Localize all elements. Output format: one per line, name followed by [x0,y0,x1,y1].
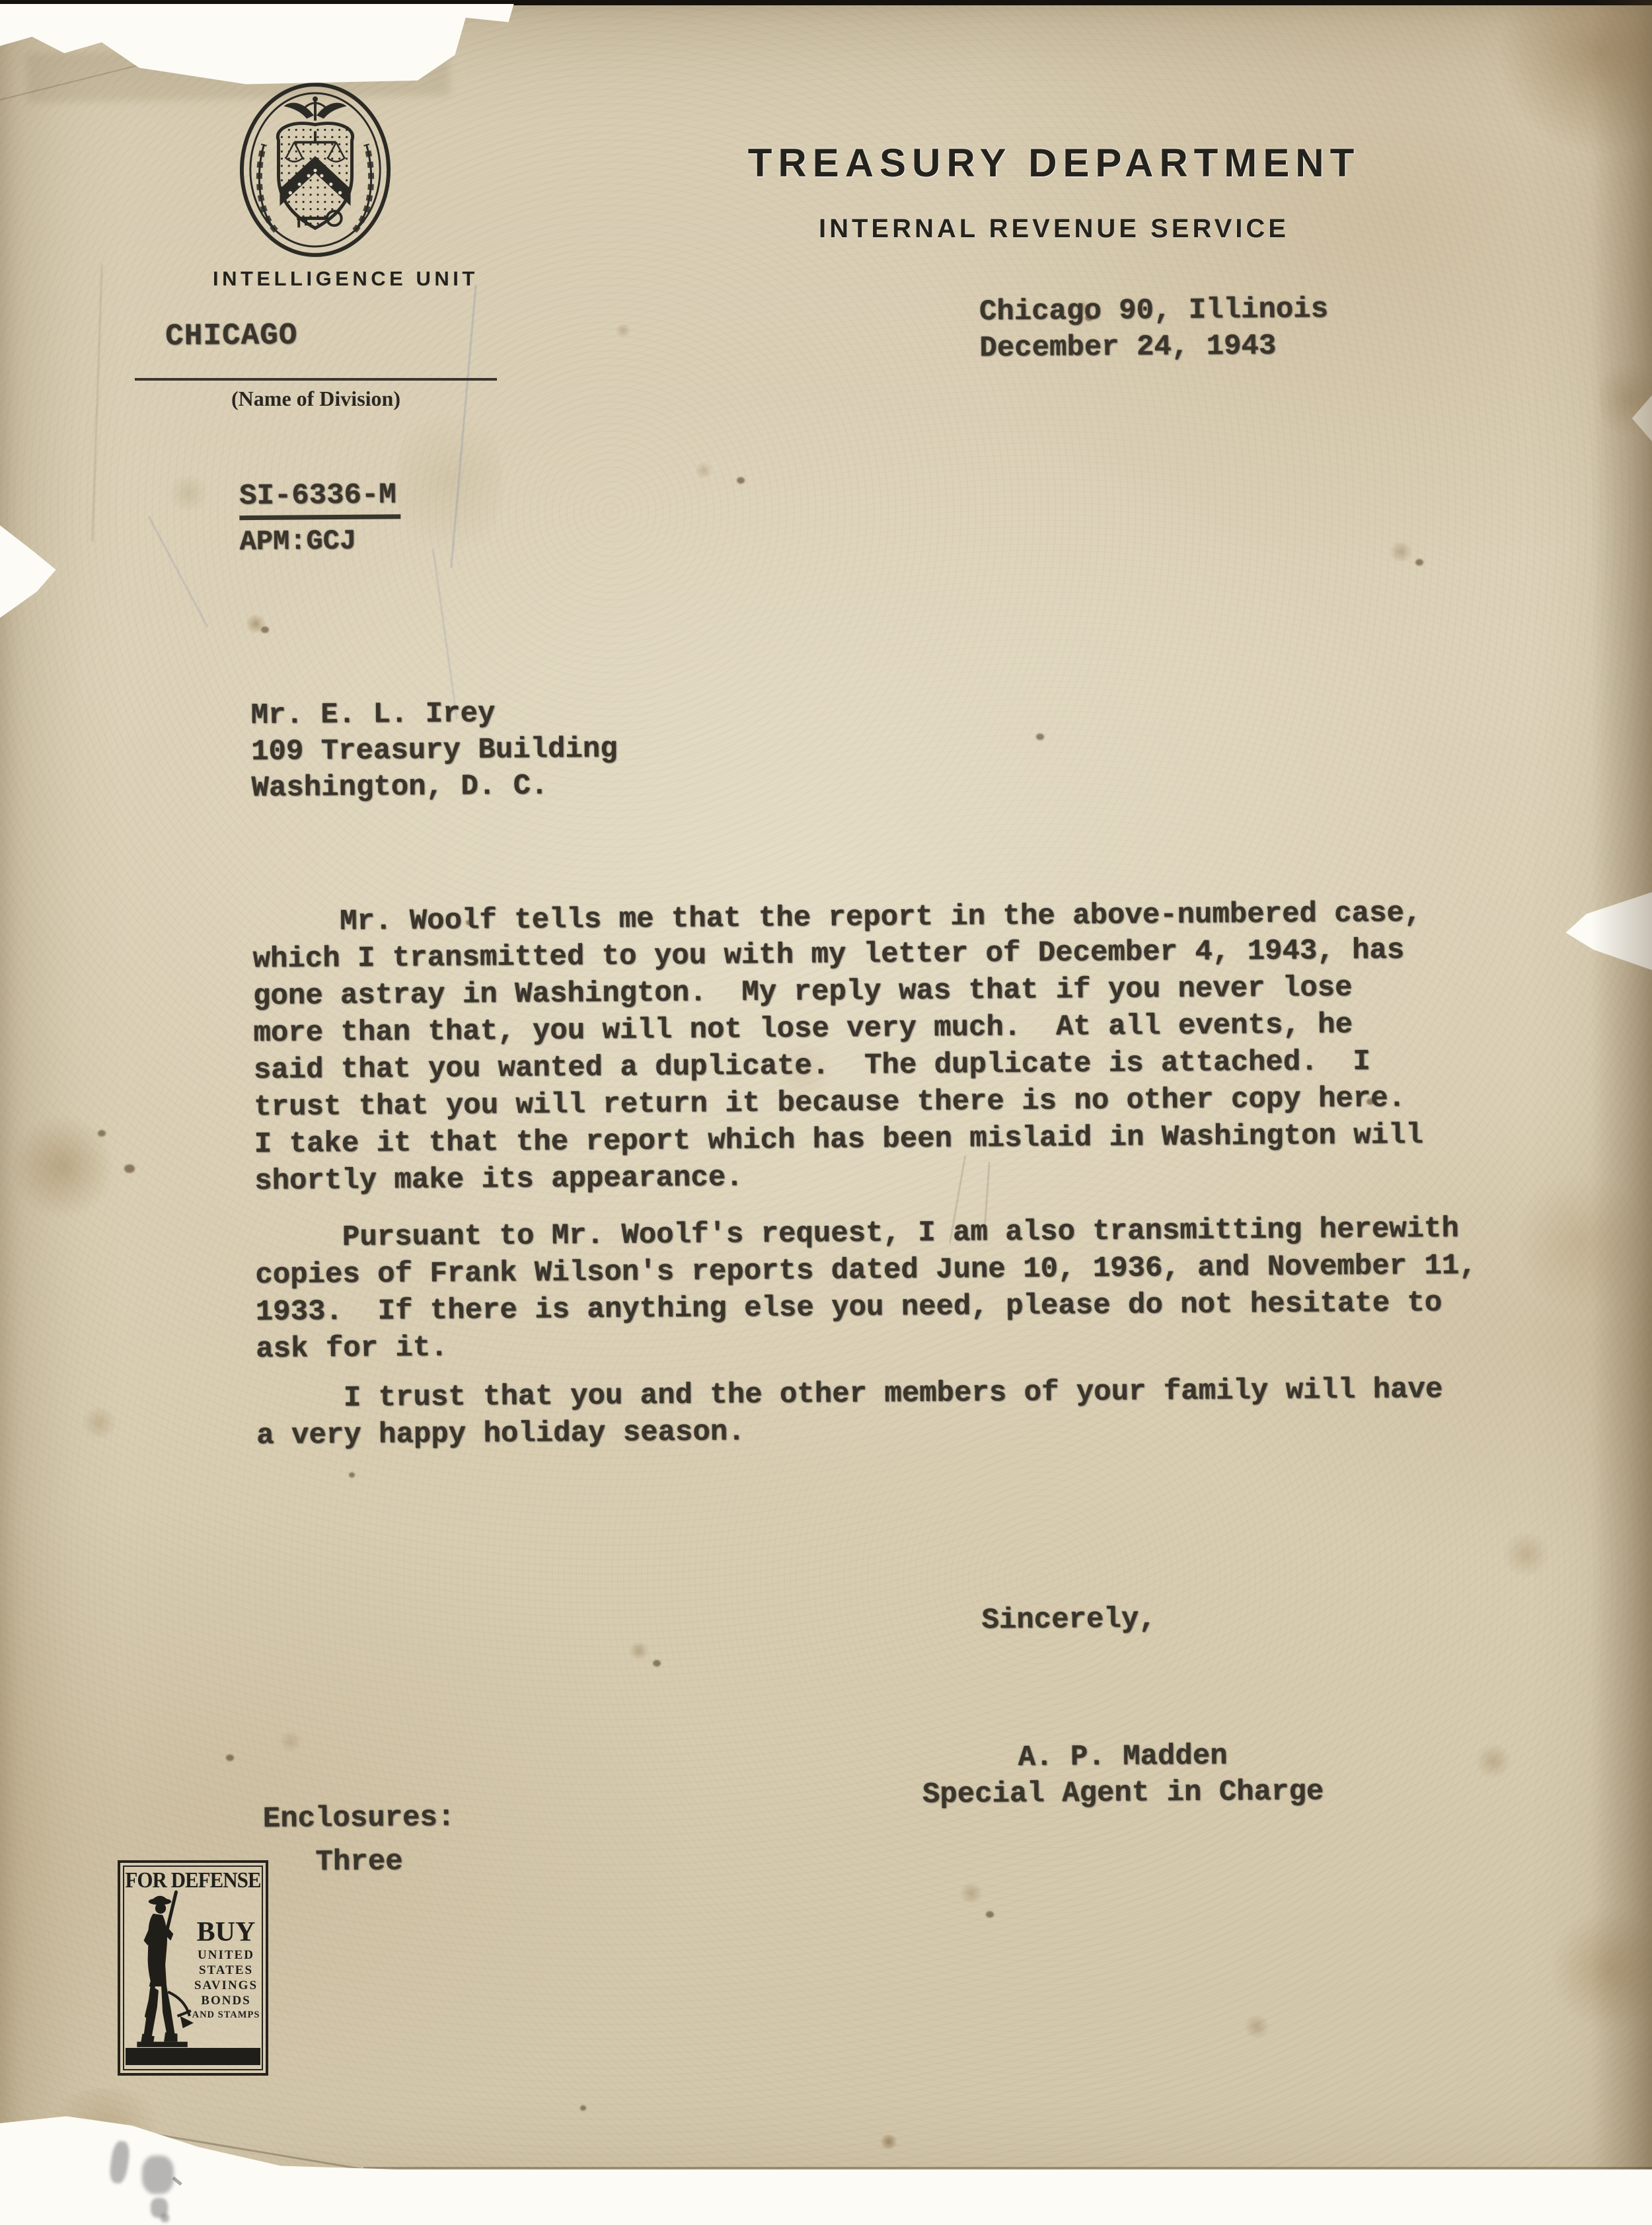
division-name: CHICAGO [165,319,298,354]
stamp-line-bonds: BONDS [192,1993,260,2008]
stamp-buy-label: BUY [192,1917,260,1947]
recipient-address: Mr. E. L. Irey 109 Treasury Building Was… [250,695,618,807]
body-paragraph-3: I trust that you and the other members o… [256,1371,1499,1454]
closing-salutation: Sincerely, [981,1603,1156,1637]
stamp-text-block: BUY UNITED STATES SAVINGS BONDS AND STAM… [192,1917,260,2021]
stamp-line-united: UNITED [192,1947,260,1963]
body-paragraph-1: Mr. Woolf tells me that the report in th… [252,894,1497,1200]
minuteman-icon [122,1884,200,2053]
stamp-line-states: STATES [192,1963,260,1978]
scanned-letter-page: TREASURY DEPARTMENT INTERNAL REVENUE SER… [0,0,1652,2225]
enclosures-note: Enclosures: Three [263,1796,455,1885]
reference-case-number: SI-6336-M [239,478,400,520]
case-number-underlined: SI-6336-M [239,478,400,520]
body-paragraph-2: Pursuant to Mr. Woolf's request, I am al… [255,1210,1499,1368]
stamp-pedestal [126,2048,260,2065]
dateline: Chicago 90, Illinois December 24, 1943 [979,291,1329,367]
defense-bonds-stamp: FOR DEFENSE BUY UNITED [118,1860,268,2076]
stamp-line-savings: SAVINGS [192,1978,260,1993]
reference-initials: APM:GCJ [239,525,356,558]
stamp-line-and-stamps: AND STAMPS [192,2008,260,2021]
signature-block: A. P. Madden Special Agent in Charge [911,1737,1335,1813]
